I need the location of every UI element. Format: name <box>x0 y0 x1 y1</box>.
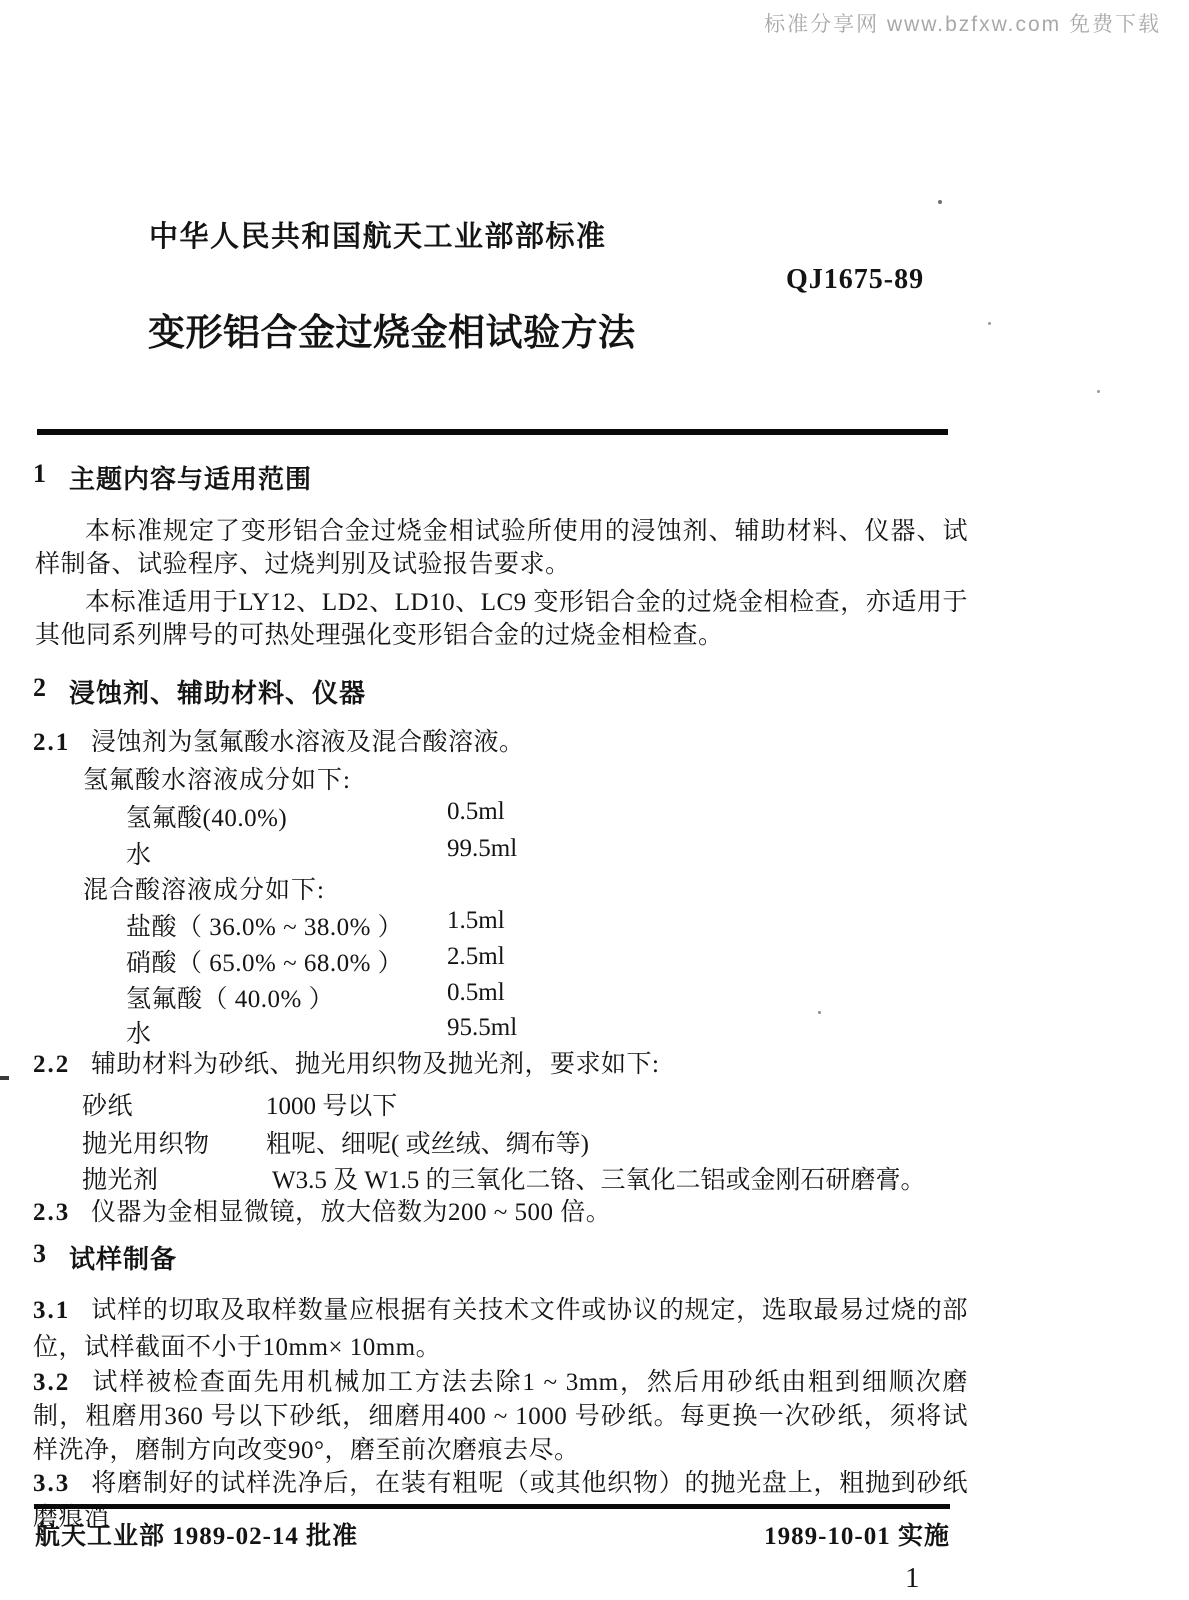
component-row: 氢氟酸（ 40.0% ） 0.5ml <box>35 979 968 1013</box>
clause-3-1-text: 试样的切取及取样数量应根据有关技术文件或协议的规定，选取最易过烧的部位，试样截面… <box>33 1297 968 1361</box>
approval-date: 航天工业部 1989-02-14 批准 <box>35 1516 358 1552</box>
material-spec: 1000 号以下 <box>266 1086 397 1122</box>
component-row: 硝酸（ 65.0% ~ 68.0% ） 2.5ml <box>35 943 968 977</box>
component-amount: 0.5ml <box>447 979 505 1007</box>
material-spec: 粗呢、细呢( 或丝绒、绸布等) <box>266 1124 589 1160</box>
material-row: 砂纸 1000 号以下 <box>35 1086 968 1120</box>
clause-2-2-text: 辅助材料为砂纸、抛光用织物及抛光剂，要求如下: <box>91 1051 659 1078</box>
component-amount: 99.5ml <box>447 835 517 863</box>
clause-2-2: 2.2辅助材料为砂纸、抛光用织物及抛光剂，要求如下: <box>33 1048 968 1082</box>
clause-3-2-number: 3.2 <box>33 1366 91 1400</box>
component-row: 盐酸（ 36.0% ~ 38.0% ） 1.5ml <box>35 907 968 941</box>
footer-divider-rule <box>34 1504 950 1509</box>
clause-2-1-text: 浸蚀剂为氢氟酸水溶液及混合酸溶液。 <box>91 729 525 756</box>
component-amount: 95.5ml <box>447 1014 517 1042</box>
component-name: 氢氟酸(40.0%) <box>126 798 287 834</box>
section-1-title: 主题内容与适用范围 <box>69 459 312 496</box>
scan-artifact <box>988 322 991 325</box>
scope-paragraph-2: 本标准适用于LY12、LD2、LD10、LC9 变形铝合金的过烧金相检查，亦适用… <box>35 586 968 652</box>
component-row: 氢氟酸(40.0%) 0.5ml <box>35 798 968 832</box>
section-1-number: 1 <box>33 459 69 496</box>
component-amount: 1.5ml <box>447 907 505 935</box>
material-name: 抛光剂 <box>82 1160 159 1196</box>
section-3-number: 3 <box>33 1239 69 1276</box>
clause-2-3: 2.3仪器为金相显微镜，放大倍数为200 ~ 500 倍。 <box>33 1196 968 1230</box>
document-title: 变形铝合金过烧金相试验方法 <box>148 302 636 356</box>
component-name: 盐酸（ 36.0% ~ 38.0% ） <box>126 907 403 943</box>
clause-3-1: 3.1试样的切取及取样数量应根据有关技术文件或协议的规定，选取最易过烧的部位，试… <box>33 1292 968 1366</box>
clause-2-3-text: 仪器为金相显微镜，放大倍数为200 ~ 500 倍。 <box>91 1199 611 1226</box>
header-divider-rule <box>37 429 948 435</box>
clause-3-3-number: 3.3 <box>33 1467 91 1501</box>
section-2-number: 2 <box>33 673 69 710</box>
clause-3-2: 3.2试样被检查面先用机械加工方法去除1 ~ 3mm，然后用砂纸由粗到细顺次磨制… <box>33 1366 968 1468</box>
component-amount: 0.5ml <box>447 798 505 826</box>
scan-artifact <box>1097 390 1100 393</box>
section-3-heading: 3 试样制备 <box>33 1239 177 1276</box>
clause-2-1: 2.1浸蚀剂为氢氟酸水溶液及混合酸溶液。 <box>33 726 968 760</box>
material-name: 砂纸 <box>82 1086 133 1122</box>
material-spec: W3.5 及 W1.5 的三氧化二铬、三氧化二铝或金刚石研磨膏。 <box>272 1160 925 1196</box>
section-2-heading: 2 浸蚀剂、辅助材料、仪器 <box>33 673 366 710</box>
standard-number: QJ1675-89 <box>786 264 924 296</box>
scan-artifact <box>818 1011 821 1014</box>
component-row: 水 95.5ml <box>35 1014 968 1048</box>
material-row: 抛光用织物 粗呢、细呢( 或丝绒、绸布等) <box>35 1124 968 1158</box>
component-name: 水 <box>126 835 152 871</box>
section-2-title: 浸蚀剂、辅助材料、仪器 <box>69 673 366 710</box>
scanned-standard-page: 标准分享网 www.bzfxw.com 免费下载 中华人民共和国航天工业部部标准… <box>0 0 1189 1600</box>
component-name: 氢氟酸（ 40.0% ） <box>126 979 334 1015</box>
watermark: 标准分享网 www.bzfxw.com 免费下载 <box>764 8 1161 38</box>
component-row: 水 99.5ml <box>35 835 968 869</box>
implementation-date: 1989-10-01 实施 <box>764 1516 950 1552</box>
clause-2-2-number: 2.2 <box>33 1048 91 1082</box>
component-name: 硝酸（ 65.0% ~ 68.0% ） <box>126 943 403 979</box>
material-name: 抛光用织物 <box>82 1124 210 1160</box>
section-1-heading: 1 主题内容与适用范围 <box>33 459 312 496</box>
clause-3-2-text: 试样被检查面先用机械加工方法去除1 ~ 3mm，然后用砂纸由粗到细顺次磨制，粗磨… <box>33 1369 968 1464</box>
hf-solution-label: 氢氟酸水溶液成分如下: <box>83 760 351 796</box>
page-number: 1 <box>905 1562 920 1595</box>
clause-3-1-number: 3.1 <box>33 1292 91 1329</box>
scope-paragraph-1: 本标准规定了变形铝合金过烧金相试验所使用的浸蚀剂、辅助材料、仪器、试样制备、试验… <box>35 515 968 581</box>
component-amount: 2.5ml <box>447 943 505 971</box>
scan-artifact <box>0 1076 9 1080</box>
clause-2-1-number: 2.1 <box>33 726 91 760</box>
section-3-title: 试样制备 <box>69 1239 177 1276</box>
material-row: 抛光剂 W3.5 及 W1.5 的三氧化二铬、三氧化二铝或金刚石研磨膏。 <box>35 1160 968 1194</box>
ministry-standard-label: 中华人民共和国航天工业部部标准 <box>149 214 607 255</box>
scan-artifact <box>938 200 942 204</box>
clause-2-3-number: 2.3 <box>33 1196 91 1230</box>
component-name: 水 <box>126 1014 152 1050</box>
mixed-acid-label: 混合酸溶液成分如下: <box>83 870 325 906</box>
